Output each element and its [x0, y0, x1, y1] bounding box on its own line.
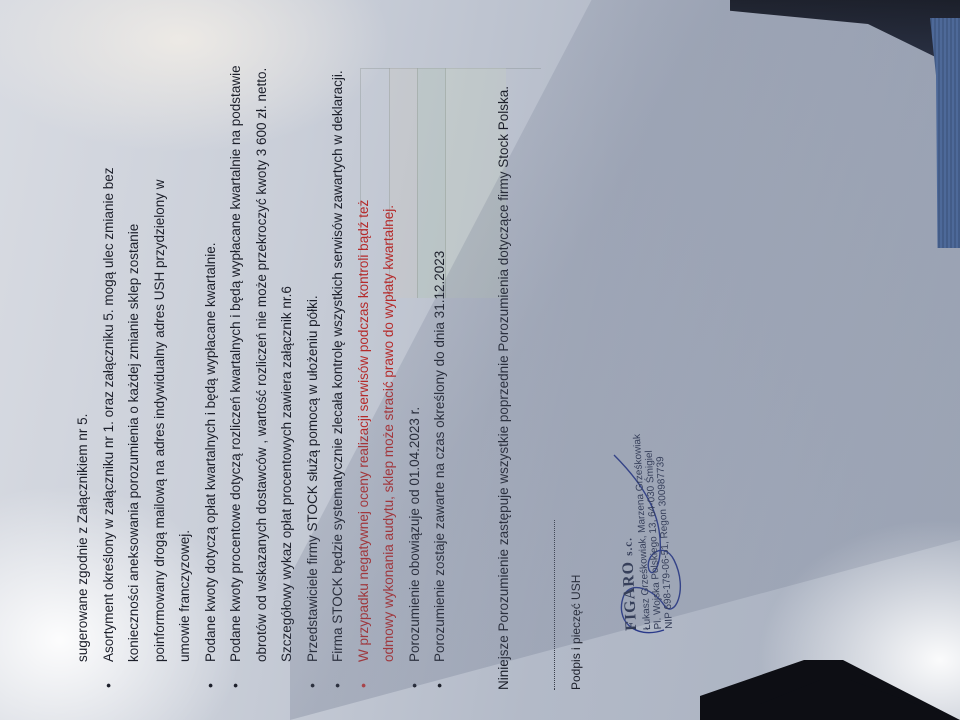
company-stamp: FIGARO s.c. Łukasz Grześkowiak, Marzena … — [613, 433, 675, 632]
doc-line: poinformowany drogą mailową na adres ind… — [147, 50, 173, 690]
doc-bullet: Firma STOCK będzie systematycznie zlecał… — [325, 50, 351, 690]
doc-line: Szczegółowy wykaz opłat procentowych zaw… — [274, 50, 300, 690]
doc-bullet: Podane kwoty procentowe dotyczą rozlicze… — [223, 50, 249, 690]
signature-label: Podpis i pieczęć USH — [564, 575, 590, 690]
stamp-company: FIGARO — [620, 560, 641, 631]
doc-line: sugerowane zgodnie z Załącznikiem nr 5. — [70, 50, 96, 690]
stamp-suffix: s.c. — [622, 537, 635, 556]
doc-bullet: Asortyment określony w załączniku nr 1. … — [96, 50, 122, 690]
signature-line — [554, 520, 555, 690]
doc-line: konieczności aneksowania porozumienia o … — [121, 50, 147, 690]
doc-line: umowie franczyzowej. — [172, 50, 198, 690]
doc-bullet: Podane kwoty dotyczą opłat kwartalnych i… — [198, 50, 224, 690]
doc-bullet-warning: W przypadku negatywnej oceny realizacji … — [351, 50, 377, 690]
doc-bullet: Porozumienie zostaje zawarte na czas okr… — [427, 50, 453, 690]
document-page: sugerowane zgodnie z Załącznikiem nr 5. … — [70, 50, 704, 690]
signature-block: Podpis i pieczęć USH FIGARO s.c. Łukasz … — [554, 50, 704, 690]
doc-bullet: Przedstawiciele firmy STOCK służą pomocą… — [300, 50, 326, 690]
doc-line-warning: odmowy wykonania audytu, sklep może stra… — [376, 50, 402, 690]
closing-statement: Niniejsze Porozumienie zastępuje wszystk… — [491, 50, 517, 690]
doc-bullet: Porozumienie obowiązuje od 01.04.2023 r. — [402, 50, 428, 690]
doc-line: obrotów od wskazanych dostawców , wartoś… — [249, 50, 275, 690]
